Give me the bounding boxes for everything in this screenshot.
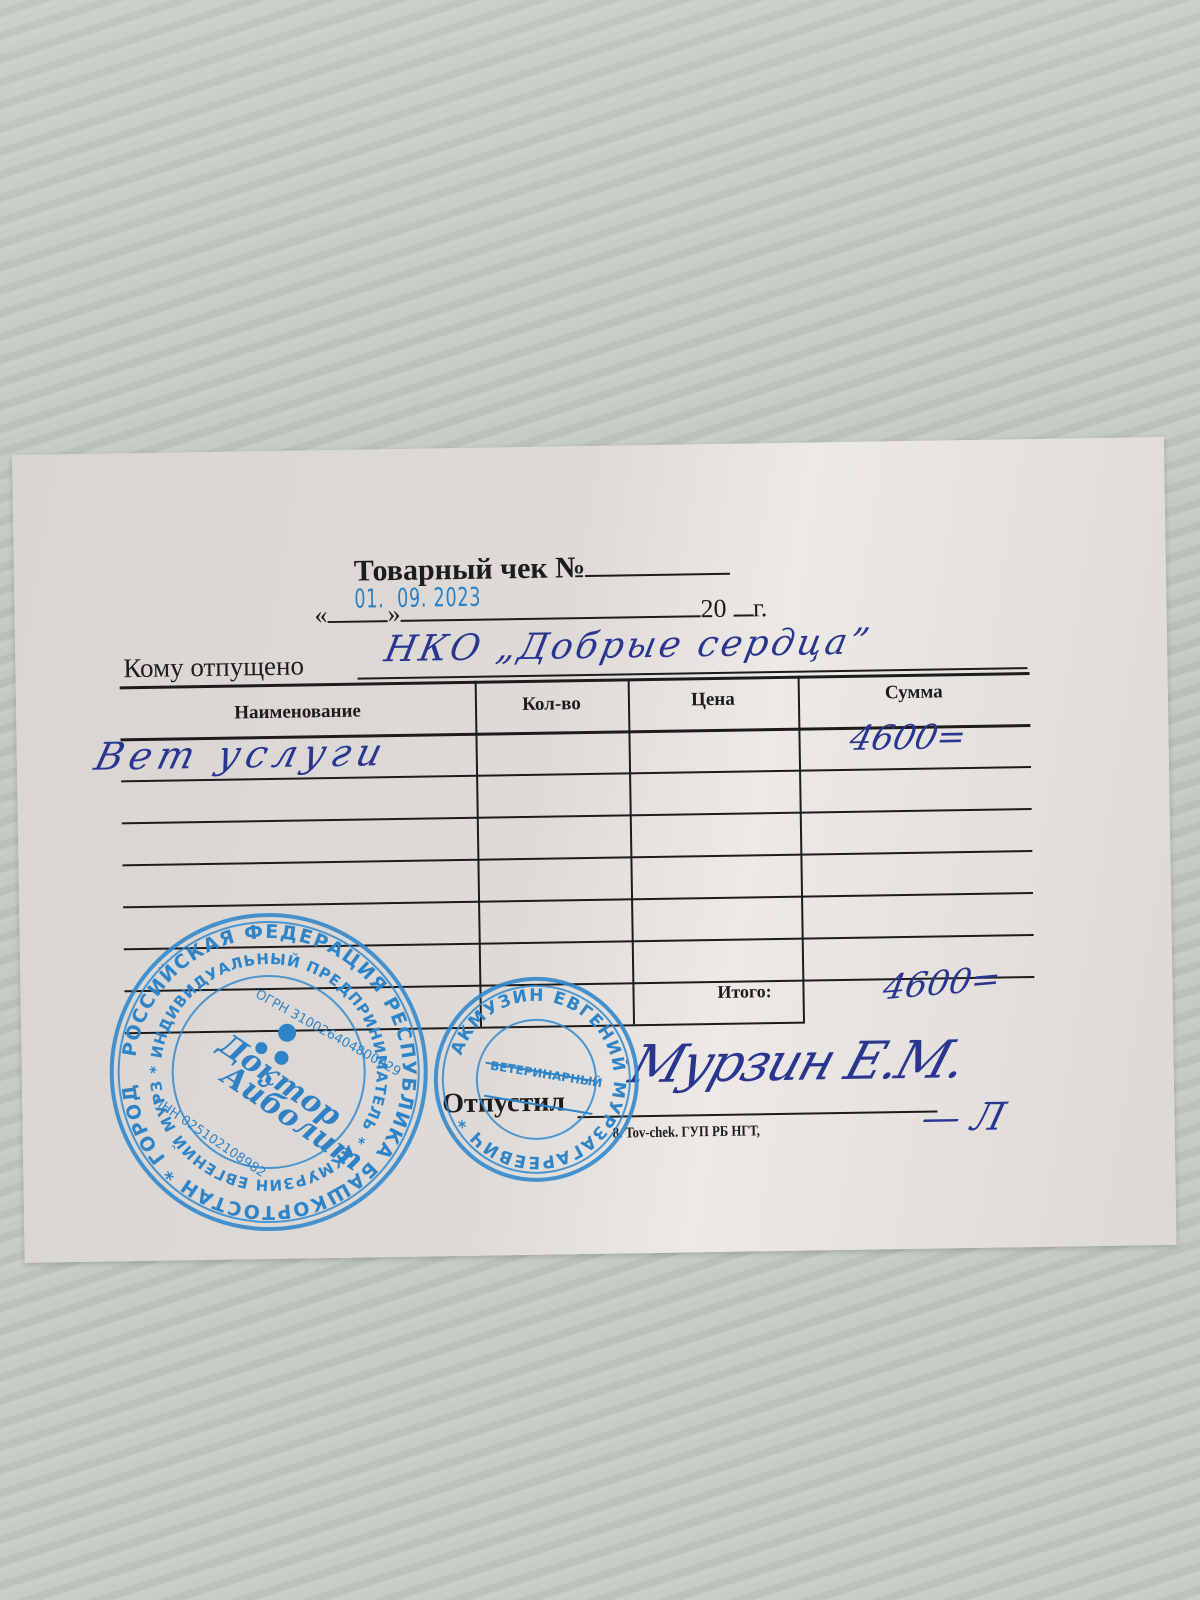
recipient-label: Кому отпущено [123, 650, 304, 684]
row-1-sum: 4600= [846, 717, 971, 759]
year-suffix-label: г. [753, 593, 768, 622]
total-value: 4600= [880, 959, 1004, 1009]
column-header-name: Наименование [120, 699, 475, 727]
total-label: Итого: [684, 981, 804, 1004]
round-stamp-doctor-aibolit: РОССИЙСКАЯ ФЕДЕРАЦИЯ РЕСПУБЛИКА БАШКОРТО… [107, 911, 430, 1234]
row-divider [122, 808, 1032, 824]
signature-note: — Л [917, 1094, 1010, 1139]
receipt-title: Товарный чек № [354, 549, 731, 589]
recipient-handwritten: НКО „Добрые сердца” [381, 621, 875, 670]
stamp-center-text: ВЕТЕРИНАРНЫЙ [489, 1058, 603, 1091]
receipt-paper: Товарный чек № «»20 г. 01. 09. 2023 Кому… [12, 437, 1177, 1263]
receipt-number-field [585, 551, 730, 577]
column-header-sum: Сумма [798, 680, 1030, 706]
column-header-price: Цена [628, 688, 798, 713]
row-divider [123, 892, 1033, 908]
row-1-name: Вет услуги [90, 730, 393, 779]
date-stamp: 01. 09. 2023 [354, 583, 481, 615]
stamped-month-year: 09. 2023 [397, 583, 482, 614]
date-open-quote: « [314, 600, 327, 629]
round-stamp-veterinary: АКМУЗИН ЕВГЕНИЙ МУРЗАГАРЕЕВИЧ * ВЕТЕРИНА… [432, 975, 640, 1183]
column-header-qty: Кол-во [475, 692, 628, 716]
row-divider [122, 850, 1032, 866]
stamped-day: 01. [354, 584, 385, 614]
signature: Мурзин Е.М. [622, 1030, 972, 1096]
year-prefix: 20 [700, 594, 726, 623]
stamp-ring-text: АКМУЗИН ЕВГЕНИЙ МУРЗАГАРЕЕВИЧ * ВЕТЕРИНА… [432, 975, 640, 1183]
